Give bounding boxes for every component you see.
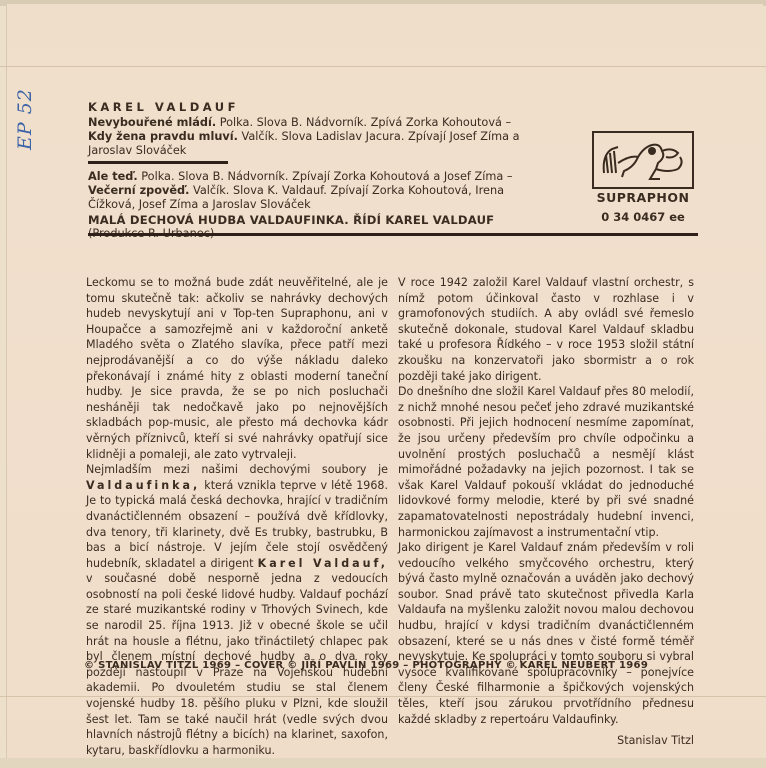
conductor-name-emphasis: Karel Valdauf, bbox=[258, 557, 388, 570]
author-signature: Stanislav Titzl bbox=[398, 733, 694, 749]
ensemble-name: MALÁ DECHOVÁ HUDBA VALDAUFINKA. ŘÍDÍ KAR… bbox=[88, 213, 528, 227]
copyright-credits: © STANISLAV TITZL 1969 – COVER © JIŘÍ PA… bbox=[84, 660, 648, 671]
track-details: Polka. Slova B. Nádvorník. Zpívá Zorka K… bbox=[216, 116, 511, 129]
liner-notes-right-column: V roce 1942 založil Karel Valdauf vlastn… bbox=[398, 275, 694, 749]
liner-paragraph: Jako dirigent je Karel Valdauf znám před… bbox=[398, 540, 694, 727]
liner-notes-left-column: Leckomu se to možná bude zdát neuvěřitel… bbox=[86, 275, 388, 758]
handwritten-catalog-stamp: EP 52 bbox=[14, 70, 36, 150]
liner-paragraph: Nejmladším mezi našimi dechovými soubory… bbox=[86, 462, 388, 758]
catalog-number: 0 34 0467 ee bbox=[592, 210, 694, 224]
side-b-tracks: Ale teď. Polka. Slova B. Nádvorník. Zpív… bbox=[88, 170, 528, 212]
side-divider bbox=[88, 161, 228, 164]
track-title: Ale teď. bbox=[88, 170, 138, 183]
sleeve-bottom-edge bbox=[0, 758, 766, 768]
liner-paragraph: Do dnešního dne složil Karel Valdauf pře… bbox=[398, 384, 694, 540]
track-title: Kdy žena pravdu mluví. bbox=[88, 130, 238, 143]
text-run: Nejmladším mezi našimi dechovými soubory… bbox=[86, 463, 388, 476]
track-details: Polka. Slova B. Nádvorník. Zpívají Zorka… bbox=[138, 170, 513, 183]
fold-line bbox=[0, 66, 766, 67]
liner-paragraph: V roce 1942 založil Karel Valdauf vlastn… bbox=[398, 275, 694, 384]
track-listing: KAREL VALDAUF Nevybouřené mládí. Polka. … bbox=[88, 100, 528, 241]
header-divider bbox=[88, 233, 698, 236]
ensemble-name-emphasis: Valdaufinka, bbox=[86, 479, 200, 492]
liner-paragraph: Leckomu se to možná bude zdát neuvěřitel… bbox=[86, 275, 388, 462]
track-title: Večerní zpověď. bbox=[88, 184, 189, 197]
side-a-tracks: Nevybouřené mládí. Polka. Slova B. Nádvo… bbox=[88, 116, 528, 158]
record-label-name: SUPRAPHON bbox=[592, 190, 694, 205]
track-title: Nevybouřené mládí. bbox=[88, 116, 216, 129]
artist-name: KAREL VALDAUF bbox=[88, 100, 528, 114]
lion-with-lyre-logo-icon bbox=[592, 131, 694, 189]
